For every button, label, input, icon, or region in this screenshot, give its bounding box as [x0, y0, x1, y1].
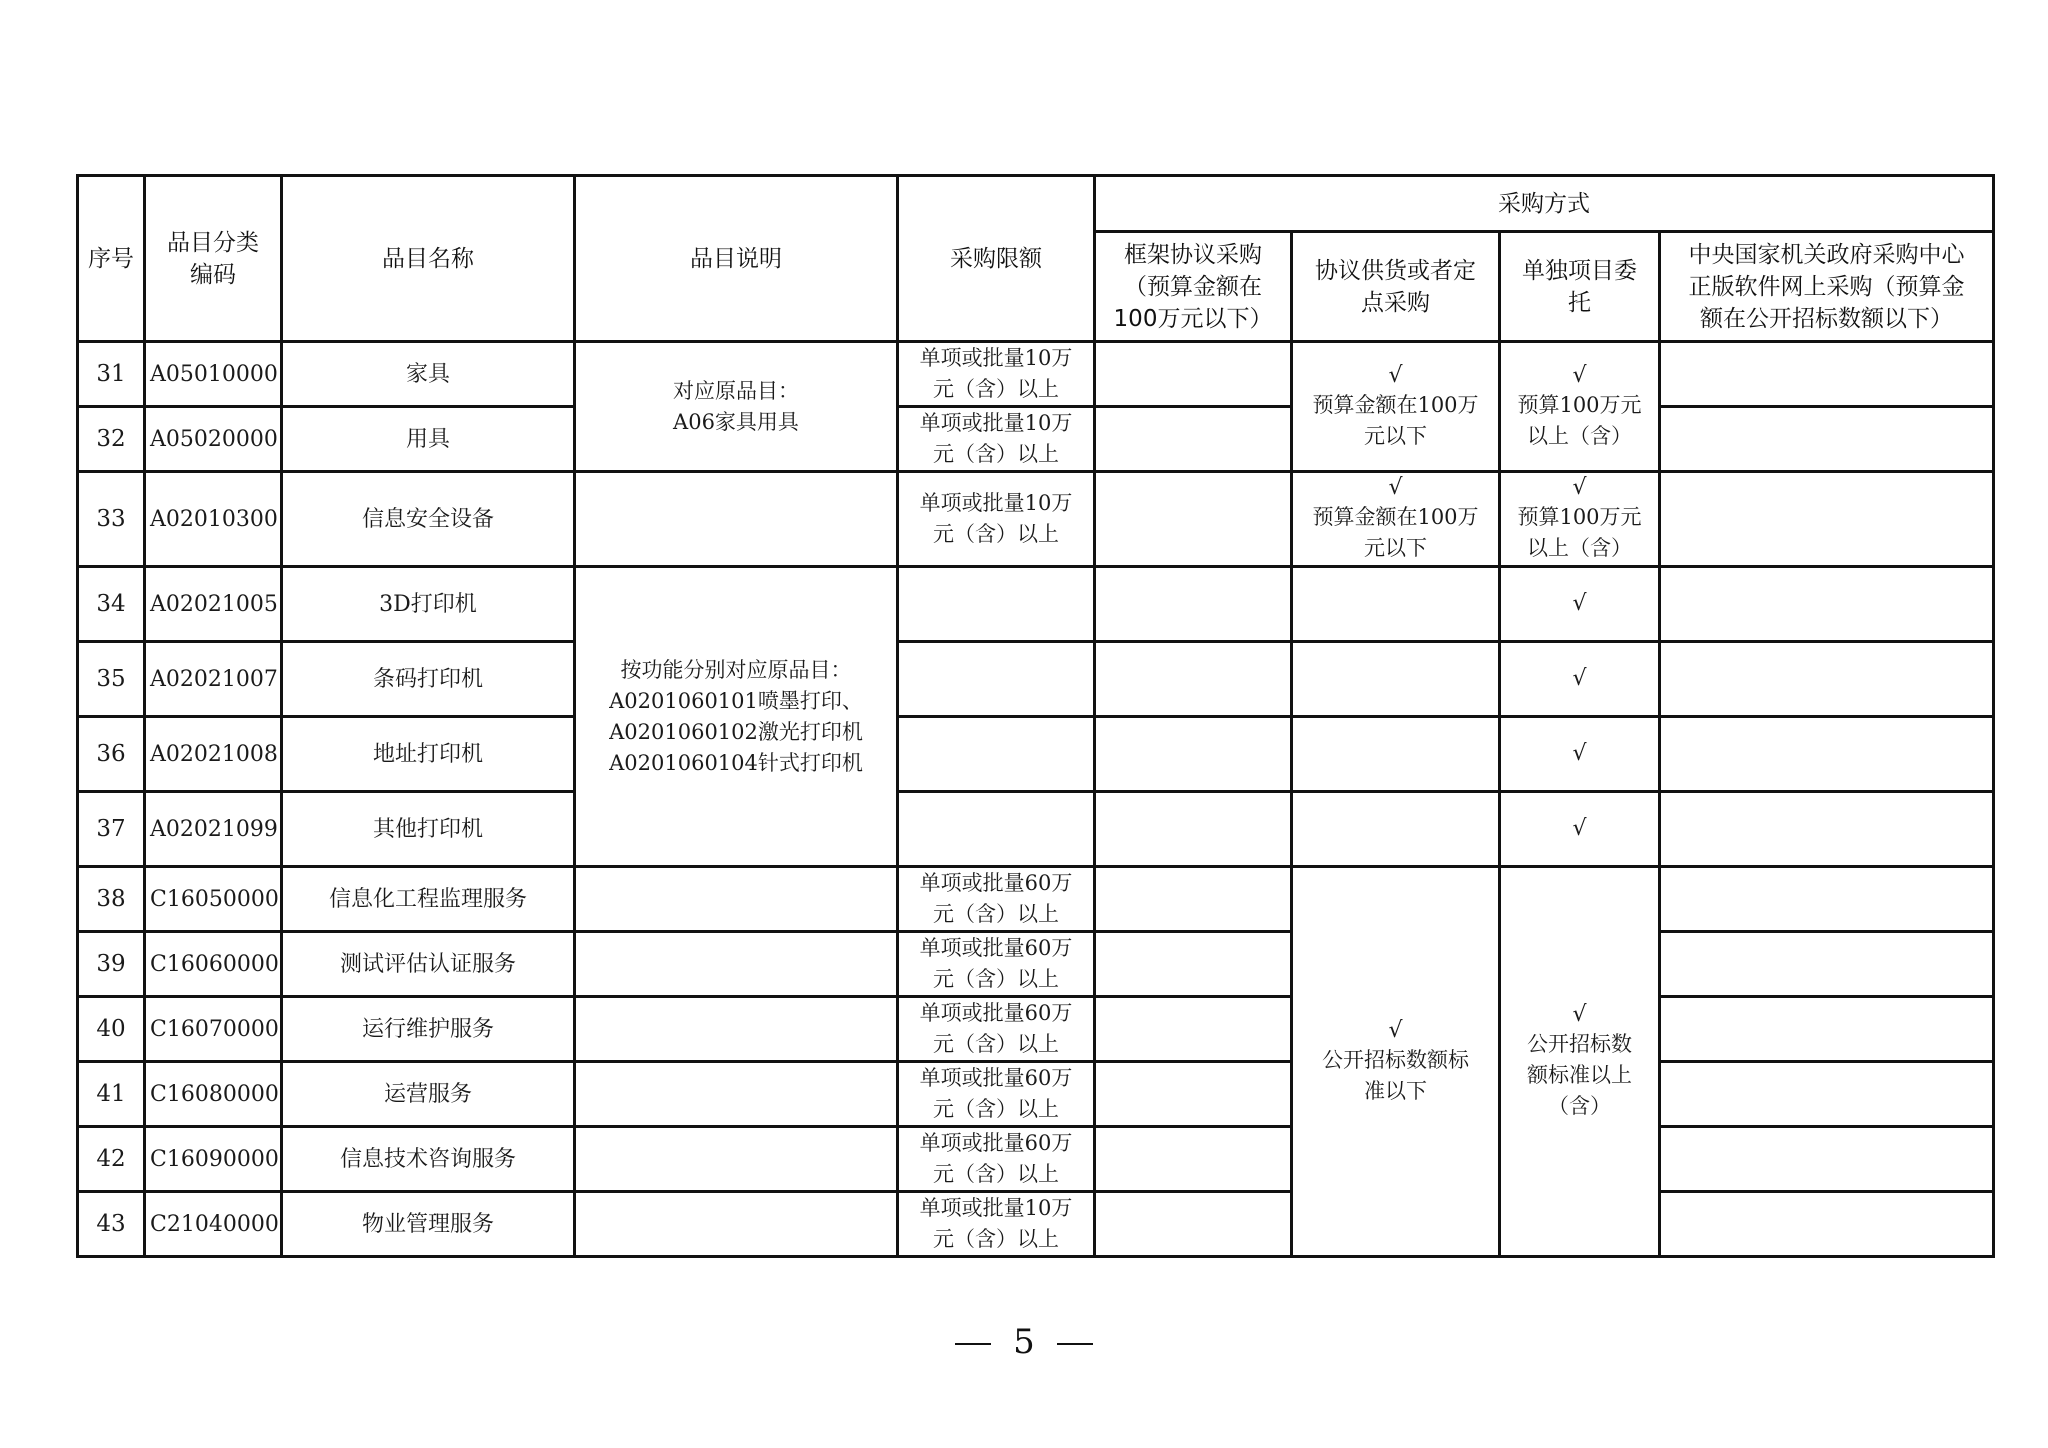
- page-number-value: 5: [1013, 1322, 1035, 1362]
- cell-name: 家具: [282, 342, 575, 407]
- check-mark-icon: √: [1297, 474, 1494, 502]
- header-seq: 序号: [78, 176, 145, 342]
- cell-code: A02021008: [145, 717, 282, 792]
- check-mark-icon: √: [1505, 362, 1654, 390]
- cell-limit: [898, 717, 1095, 792]
- cell-seq: 38: [78, 867, 145, 932]
- cell-seq: 33: [78, 472, 145, 567]
- cell-description: [575, 867, 898, 932]
- table-row: 41 C16080000 运营服务 单项或批量60万 元（含）以上: [78, 1062, 1994, 1127]
- cell-name: 物业管理服务: [282, 1192, 575, 1257]
- cell-limit: [898, 792, 1095, 867]
- dash-left: [955, 1343, 991, 1345]
- cell-single: √: [1500, 792, 1660, 867]
- cell-limit: 单项或批量10万 元（含）以上: [898, 342, 1095, 407]
- cell-software: [1660, 1062, 1994, 1127]
- table-row: 36 A02021008 地址打印机 √: [78, 717, 1994, 792]
- cell-name: 运行维护服务: [282, 997, 575, 1062]
- cell-code: C16050000: [145, 867, 282, 932]
- cell-limit: 单项或批量60万 元（含）以上: [898, 867, 1095, 932]
- cell-framework: [1095, 867, 1292, 932]
- cell-limit: [898, 642, 1095, 717]
- check-mark-icon: √: [1505, 590, 1654, 618]
- cell-seq: 41: [78, 1062, 145, 1127]
- cell-name: 其他打印机: [282, 792, 575, 867]
- cell-framework: [1095, 642, 1292, 717]
- check-mark-icon: √: [1297, 362, 1494, 390]
- cell-description: [575, 997, 898, 1062]
- cell-limit: 单项或批量10万 元（含）以上: [898, 407, 1095, 472]
- cell-agreement: [1292, 792, 1500, 867]
- header-single-project: 单独项目委 托: [1500, 232, 1660, 342]
- procurement-catalog-table: 序号 品目分类 编码 品目名称 品目说明 采购限额 采购方式 框架协议采购 （预…: [76, 174, 1995, 1258]
- table-row: 38 C16050000 信息化工程监理服务 单项或批量60万 元（含）以上 √…: [78, 867, 1994, 932]
- cell-name: 运营服务: [282, 1062, 575, 1127]
- cell-description: [575, 472, 898, 567]
- cell-framework: [1095, 1062, 1292, 1127]
- cell-name: 3D打印机: [282, 567, 575, 642]
- cell-seq: 42: [78, 1127, 145, 1192]
- cell-code: A02010300: [145, 472, 282, 567]
- cell-framework: [1095, 717, 1292, 792]
- cell-description: [575, 1127, 898, 1192]
- cell-name: 条码打印机: [282, 642, 575, 717]
- table-row: 31 A05010000 家具 对应原品目： A06家具用具 单项或批量10万 …: [78, 342, 1994, 407]
- cell-name: 信息技术咨询服务: [282, 1127, 575, 1192]
- cell-seq: 43: [78, 1192, 145, 1257]
- cell-framework: [1095, 1127, 1292, 1192]
- cell-limit: 单项或批量10万 元（含）以上: [898, 472, 1095, 567]
- cell-limit: 单项或批量60万 元（含）以上: [898, 932, 1095, 997]
- header-category-code: 品目分类 编码: [145, 176, 282, 342]
- cell-agreement: [1292, 717, 1500, 792]
- cell-description: [575, 932, 898, 997]
- cell-agreement-services: √ 公开招标数额标 准以下: [1292, 867, 1500, 1257]
- cell-software: [1660, 407, 1994, 472]
- cell-single-services: √ 公开招标数 额标准以上 （含）: [1500, 867, 1660, 1257]
- cell-agreement-note: 预算金额在100万 元以下: [1312, 393, 1478, 448]
- cell-agreement: [1292, 642, 1500, 717]
- table-row: 40 C16070000 运行维护服务 单项或批量60万 元（含）以上: [78, 997, 1994, 1062]
- cell-code: A05020000: [145, 407, 282, 472]
- cell-single-note: 预算100万元 以上（含）: [1517, 505, 1641, 560]
- cell-agreement-furniture: √ 预算金额在100万 元以下: [1292, 342, 1500, 472]
- table-row: 32 A05020000 用具 单项或批量10万 元（含）以上: [78, 407, 1994, 472]
- cell-software: [1660, 642, 1994, 717]
- cell-name: 信息安全设备: [282, 472, 575, 567]
- header-item-description: 品目说明: [575, 176, 898, 342]
- cell-code: A02021005: [145, 567, 282, 642]
- cell-seq: 39: [78, 932, 145, 997]
- check-mark-icon: √: [1297, 1017, 1494, 1045]
- check-mark-icon: √: [1505, 815, 1654, 843]
- cell-code: C16070000: [145, 997, 282, 1062]
- check-mark-icon: √: [1505, 474, 1654, 502]
- cell-single: √: [1500, 567, 1660, 642]
- cell-seq: 35: [78, 642, 145, 717]
- cell-code: C21040000: [145, 1192, 282, 1257]
- cell-seq: 37: [78, 792, 145, 867]
- cell-software: [1660, 717, 1994, 792]
- cell-framework: [1095, 932, 1292, 997]
- cell-description: [575, 1062, 898, 1127]
- cell-software: [1660, 472, 1994, 567]
- cell-limit: 单项或批量60万 元（含）以上: [898, 997, 1095, 1062]
- table-row: 42 C16090000 信息技术咨询服务 单项或批量60万 元（含）以上: [78, 1127, 1994, 1192]
- cell-software: [1660, 932, 1994, 997]
- cell-single-security: √ 预算100万元 以上（含）: [1500, 472, 1660, 567]
- cell-single-furniture: √ 预算100万元 以上（含）: [1500, 342, 1660, 472]
- header-procurement-method-group: 采购方式: [1095, 176, 1994, 232]
- cell-single: √: [1500, 642, 1660, 717]
- cell-framework: [1095, 342, 1292, 407]
- cell-framework: [1095, 792, 1292, 867]
- cell-seq: 31: [78, 342, 145, 407]
- cell-seq: 40: [78, 997, 145, 1062]
- check-mark-icon: √: [1505, 1001, 1654, 1029]
- cell-seq: 34: [78, 567, 145, 642]
- header-agreement-supply: 协议供货或者定 点采购: [1292, 232, 1500, 342]
- cell-software: [1660, 1127, 1994, 1192]
- check-mark-icon: √: [1505, 665, 1654, 693]
- header-framework-agreement: 框架协议采购 （预算金额在 100万元以下）: [1095, 232, 1292, 342]
- cell-limit: [898, 567, 1095, 642]
- table-row: 34 A02021005 3D打印机 按功能分别对应原品目： A02010601…: [78, 567, 1994, 642]
- cell-software: [1660, 342, 1994, 407]
- cell-framework: [1095, 407, 1292, 472]
- cell-software: [1660, 997, 1994, 1062]
- cell-agreement-note: 预算金额在100万 元以下: [1312, 505, 1478, 560]
- cell-software: [1660, 867, 1994, 932]
- cell-name: 地址打印机: [282, 717, 575, 792]
- cell-code: C16060000: [145, 932, 282, 997]
- cell-limit: 单项或批量60万 元（含）以上: [898, 1127, 1095, 1192]
- cell-code: C16080000: [145, 1062, 282, 1127]
- table-row: 39 C16060000 测试评估认证服务 单项或批量60万 元（含）以上: [78, 932, 1994, 997]
- cell-framework: [1095, 997, 1292, 1062]
- cell-description-printers: 按功能分别对应原品目： A0201060101喷墨打印、 A0201060102…: [575, 567, 898, 867]
- check-mark-icon: √: [1505, 740, 1654, 768]
- cell-name: 信息化工程监理服务: [282, 867, 575, 932]
- cell-agreement-note: 公开招标数额标 准以下: [1322, 1048, 1469, 1103]
- cell-code: A05010000: [145, 342, 282, 407]
- cell-software: [1660, 567, 1994, 642]
- table-row: 33 A02010300 信息安全设备 单项或批量10万 元（含）以上 √ 预算…: [78, 472, 1994, 567]
- table-row: 43 C21040000 物业管理服务 单项或批量10万 元（含）以上: [78, 1192, 1994, 1257]
- cell-code: A02021007: [145, 642, 282, 717]
- cell-single-note: 预算100万元 以上（含）: [1517, 393, 1641, 448]
- cell-framework: [1095, 1192, 1292, 1257]
- cell-agreement: [1292, 567, 1500, 642]
- cell-code: A02021099: [145, 792, 282, 867]
- header-item-name: 品目名称: [282, 176, 575, 342]
- cell-framework: [1095, 567, 1292, 642]
- cell-seq: 32: [78, 407, 145, 472]
- dash-right: [1057, 1343, 1093, 1345]
- table-row: 37 A02021099 其他打印机 √: [78, 792, 1994, 867]
- cell-limit: 单项或批量60万 元（含）以上: [898, 1062, 1095, 1127]
- header-software-online: 中央国家机关政府采购中心 正版软件网上采购（预算金 额在公开招标数额以下）: [1660, 232, 1994, 342]
- table-row: 35 A02021007 条码打印机 √: [78, 642, 1994, 717]
- cell-software: [1660, 792, 1994, 867]
- cell-seq: 36: [78, 717, 145, 792]
- cell-limit: 单项或批量10万 元（含）以上: [898, 1192, 1095, 1257]
- cell-name: 用具: [282, 407, 575, 472]
- cell-code: C16090000: [145, 1127, 282, 1192]
- page-number: 5: [0, 1322, 2048, 1362]
- cell-agreement-security: √ 预算金额在100万 元以下: [1292, 472, 1500, 567]
- cell-framework: [1095, 472, 1292, 567]
- cell-description-furniture: 对应原品目： A06家具用具: [575, 342, 898, 472]
- cell-single: √: [1500, 717, 1660, 792]
- cell-name: 测试评估认证服务: [282, 932, 575, 997]
- header-procurement-limit: 采购限额: [898, 176, 1095, 342]
- cell-single-note: 公开招标数 额标准以上 （含）: [1527, 1032, 1632, 1118]
- cell-description: [575, 1192, 898, 1257]
- cell-software: [1660, 1192, 1994, 1257]
